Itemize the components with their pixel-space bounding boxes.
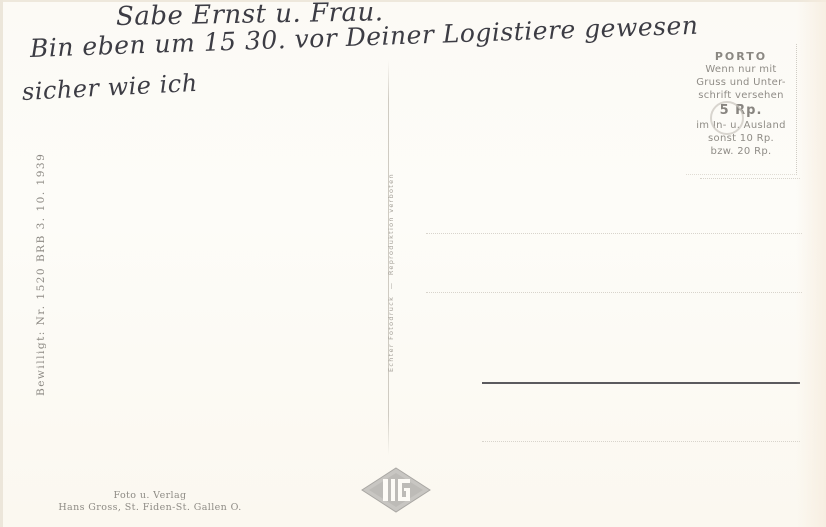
address-line-3 xyxy=(426,292,802,294)
address-line-1 xyxy=(700,178,800,180)
approval-text: Bewilligt: Nr. 1520 BRB 3. 10. 1939 xyxy=(35,153,47,396)
reproduction-notice: Reproduktion verboten xyxy=(387,173,395,275)
publisher-line-1: Foto u. Verlag xyxy=(30,490,270,502)
stamp-box: PORTO Wenn nur mit Gruss und Unter- schr… xyxy=(686,44,797,175)
stamp-line: Gruss und Unter- xyxy=(686,76,796,89)
center-separator: — xyxy=(387,278,395,292)
handwriting-line-3: sicher wie ich xyxy=(21,69,198,106)
publisher-line-2: Hans Gross, St. Fiden-St. Gallen O. xyxy=(30,502,270,514)
address-line-4 xyxy=(482,382,800,384)
postmark-circle-icon xyxy=(710,101,744,135)
stamp-line: schrift versehen xyxy=(686,89,796,102)
stamp-title: PORTO xyxy=(686,50,796,63)
address-line-2 xyxy=(426,233,802,235)
hg-logo-icon xyxy=(360,466,432,514)
stamp-line: bzw. 20 Rp. xyxy=(686,145,796,158)
stamp-line: sonst 10 Rp. xyxy=(686,132,796,145)
print-type-text: Echter Fotodruck xyxy=(387,296,395,372)
stamp-line: Wenn nur mit xyxy=(686,63,796,76)
postcard-back: Sabe Ernst u. Frau. Bin eben um 15 30. v… xyxy=(0,0,826,527)
publisher-imprint: Foto u. Verlag Hans Gross, St. Fiden-St.… xyxy=(30,490,270,514)
card-edge-left xyxy=(0,0,3,527)
center-vertical-text: Echter Fotodruck — Reproduktion verboten xyxy=(387,173,395,372)
address-line-5 xyxy=(482,441,800,443)
